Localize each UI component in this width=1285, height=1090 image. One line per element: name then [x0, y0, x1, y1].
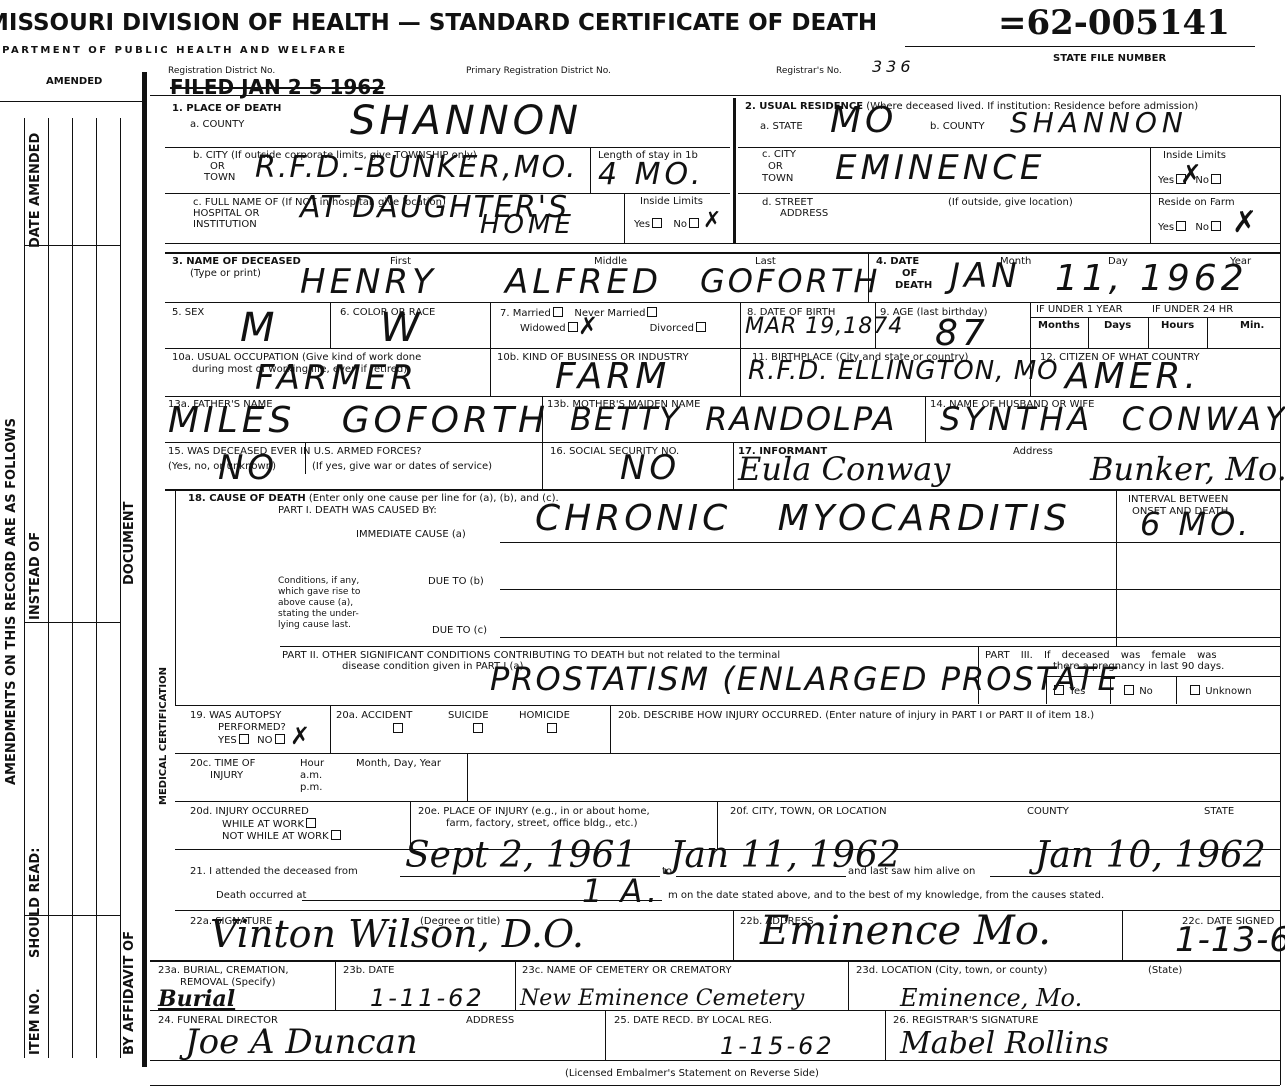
married-label: 7. Married — [500, 308, 551, 319]
burial-state-label: (State) — [1148, 965, 1182, 976]
physician-signature[interactable]: Vinton Wilson, D.O. — [210, 912, 584, 956]
suicide-checkbox[interactable] — [473, 723, 483, 733]
date-amended-label: DATE AMENDED — [28, 133, 43, 248]
state-file-number-label: STATE FILE NUMBER — [1053, 53, 1166, 64]
death-city[interactable]: R.F.D.-BUNKER,MO. — [255, 150, 578, 185]
part-1-label: PART I. DEATH WAS CAUSED BY: — [278, 505, 437, 516]
accident-label: 20a. ACCIDENT — [336, 710, 412, 721]
while-at-work-label: WHILE AT WORK — [222, 819, 304, 830]
race[interactable]: W — [380, 305, 424, 351]
mdy-label: Month, Day, Year — [356, 758, 441, 769]
registrar-no: 336 — [872, 57, 915, 76]
not-while-at-work-label: NOT WHILE AT WORK — [222, 831, 329, 842]
length-of-stay[interactable]: 4 MO. — [598, 157, 704, 192]
months-label: Months — [1038, 320, 1080, 331]
conditions-note-line: which gave rise to — [278, 587, 360, 598]
city-or: OR — [210, 161, 225, 172]
death-occurred-label: Death occurred at — [216, 890, 306, 901]
first-name[interactable]: HENRY — [300, 262, 437, 302]
time-of-injury-label-2: INJURY — [210, 770, 243, 781]
hospital-label-3: INSTITUTION — [193, 219, 257, 230]
by-affidavit-label: BY AFFIDAVIT OF — [122, 931, 137, 1055]
instead-of-label: INSTEAD OF — [28, 532, 43, 620]
name-note: (Type or print) — [190, 268, 261, 279]
accident-checkbox[interactable] — [393, 723, 403, 733]
name-label: 3. NAME OF DECEASED — [172, 256, 301, 267]
death-county[interactable]: SHANNON — [350, 98, 582, 144]
x-mark: ✗ — [703, 208, 721, 233]
res-street-label: d. STREET — [762, 197, 813, 208]
not-while-at-work: NOT WHILE AT WORK — [222, 830, 343, 842]
hour-label: Hour — [300, 758, 324, 769]
checkbox[interactable] — [1054, 685, 1064, 695]
amended-label: AMENDED — [46, 76, 102, 87]
reside-farm-label: Reside on Farm — [1158, 197, 1235, 208]
death-year[interactable]: 1962 — [1140, 258, 1248, 299]
res-county[interactable]: SHANNON — [1010, 106, 1188, 139]
certifier-address[interactable]: Eminence Mo. — [760, 908, 1051, 954]
registrar-signature-label: 26. REGISTRAR'S SIGNATURE — [893, 1015, 1038, 1026]
cemetery-name[interactable]: New Eminence Cemetery — [520, 986, 804, 1011]
interval-label: INTERVAL BETWEEN — [1128, 494, 1228, 505]
conditions-note-line: stating the under- — [278, 609, 360, 620]
x-mark: ✗ — [290, 722, 310, 750]
informant-address-label: Address — [1013, 446, 1053, 457]
homicide-label: HOMICIDE — [519, 710, 570, 721]
married-checkbox[interactable] — [553, 307, 563, 317]
armed-label-3: (If yes, give war or dates of service) — [312, 461, 492, 472]
last-name[interactable]: GOFORTH — [700, 262, 880, 300]
part-3-label: PART III. If deceased was female was — [985, 650, 1217, 661]
death-day[interactable]: 11, — [1055, 258, 1124, 299]
time-of-injury-label: 20c. TIME OF — [190, 758, 255, 769]
autopsy-label-2: PERFORMED? — [218, 722, 286, 733]
sex-label: 5. SEX — [172, 307, 204, 318]
conditions-note: Conditions, if any, which gave rise to a… — [278, 576, 360, 631]
citizen[interactable]: AMER. — [1065, 356, 1200, 397]
city-town: TOWN — [204, 172, 235, 183]
res-state[interactable]: MO — [830, 100, 897, 141]
checkbox[interactable] — [1190, 685, 1200, 695]
date-death-label-3: DEATH — [895, 280, 932, 291]
conditions-note-line: lying cause last. — [278, 620, 360, 631]
no-text: No — [1195, 222, 1209, 233]
autopsy-yes-checkbox[interactable] — [239, 734, 249, 744]
date-recd-label: 25. DATE RECD. BY LOCAL REG. — [614, 1015, 772, 1026]
last-saw-label: and last saw him alive on — [848, 866, 975, 877]
inside-limits-yes[interactable]: Yes No — [634, 218, 701, 230]
place-of-injury-label-2: farm, factory, street, office bldg., etc… — [446, 818, 637, 829]
under-year-label: IF UNDER 1 YEAR — [1036, 304, 1123, 315]
informant-address[interactable]: Bunker, Mo. — [1090, 450, 1285, 488]
cause-header: 18. CAUSE OF DEATH (Enter only one cause… — [188, 493, 559, 504]
pregnancy-yes[interactable]: Yes — [1052, 685, 1085, 697]
yes-text: Yes — [1158, 175, 1174, 186]
interval[interactable]: 6 MO. — [1140, 505, 1252, 543]
checkbox[interactable] — [652, 218, 662, 228]
injury-occurred-label: 20d. INJURY OCCURRED — [190, 806, 309, 817]
burial-date[interactable]: 1-11-62 — [370, 984, 485, 1012]
county-label: a. COUNTY — [190, 119, 244, 130]
widowed-checkbox[interactable] — [568, 322, 578, 332]
res-city-or: OR — [768, 161, 783, 172]
document-label: DOCUMENT — [122, 501, 137, 585]
homicide-checkbox[interactable] — [547, 723, 557, 733]
inside-limits-label: Inside Limits — [640, 196, 703, 207]
autopsy-no-label: NO — [257, 735, 272, 746]
not-while-at-work-checkbox[interactable] — [331, 830, 341, 840]
under-day-label: IF UNDER 24 HR — [1152, 304, 1233, 315]
while-at-work: WHILE AT WORK — [222, 818, 318, 830]
primary-registration-label: Primary Registration District No. — [466, 66, 611, 77]
res-city-label: c. CITY — [762, 149, 796, 160]
date-death-label-1: 4. DATE — [876, 256, 919, 267]
checkbox-checked[interactable] — [689, 218, 699, 228]
res-state-label: a. STATE — [760, 121, 803, 132]
item-no-label: ITEM NO. — [28, 988, 43, 1055]
hospital-label-2: HOSPITAL OR — [193, 208, 259, 219]
injury-state-label: STATE — [1204, 806, 1234, 817]
autopsy-no-checkbox[interactable] — [275, 734, 285, 744]
res-street-note: (If outside, give location) — [948, 197, 1073, 208]
yes-text: Yes — [1069, 686, 1085, 697]
attended-label: 21. I attended the deceased from — [190, 866, 358, 877]
suicide-label: SUICIDE — [448, 710, 489, 721]
spouse-name[interactable]: SYNTHA CONWAY — [940, 400, 1285, 438]
ssn[interactable]: NO — [620, 448, 680, 488]
conditions-note-line: above cause (a), — [278, 598, 360, 609]
age[interactable]: 87 — [935, 313, 989, 354]
last-saw-date[interactable]: Jan 10, 1962 — [1035, 835, 1266, 876]
mother-name[interactable]: BETTY RANDOLPA — [570, 400, 896, 438]
unknown-text: Unknown — [1205, 686, 1251, 697]
immediate-cause[interactable]: CHRONIC MYOCARDITIS — [535, 498, 1071, 539]
days-label: Days — [1104, 320, 1131, 331]
form-title: MISSOURI DIVISION OF HEALTH — STANDARD C… — [0, 10, 877, 36]
x-mark: ✗ — [578, 312, 598, 340]
res-county-label: b. COUNTY — [930, 121, 985, 132]
burial-location[interactable]: Eminence, Mo. — [900, 984, 1082, 1012]
autopsy-label: 19. WAS AUTOPSY — [190, 710, 281, 721]
divorced-label: Divorced — [650, 323, 694, 334]
x-mark: ✗ — [1232, 205, 1257, 240]
widowed-label: Widowed — [520, 323, 566, 334]
funeral-director[interactable]: Joe A Duncan — [185, 1022, 418, 1062]
place-of-injury-label: 20e. PLACE OF INJURY (e.g., in or about … — [418, 806, 650, 817]
hospital-name-2[interactable]: HOME — [480, 210, 575, 240]
medical-certification-label: MEDICAL CERTIFICATION — [158, 667, 169, 805]
describe-injury-label: 20b. DESCRIBE HOW INJURY OCCURRED. (Ente… — [618, 710, 1094, 721]
res-city[interactable]: EMINENCE — [835, 148, 1045, 188]
sex[interactable]: M — [240, 305, 279, 351]
armed-forces[interactable]: NO — [218, 448, 278, 488]
min-label: Min. — [1240, 320, 1264, 331]
checkbox[interactable] — [1124, 685, 1134, 695]
place-of-death-label: 1. PLACE OF DEATH — [172, 103, 281, 114]
armed-label: 15. WAS DECEASED EVER IN U.S. ARMED FORC… — [168, 446, 422, 457]
death-time[interactable]: 1 A. — [582, 872, 661, 910]
no-text: No — [1139, 686, 1153, 697]
checkbox-checked[interactable] — [1211, 221, 1221, 231]
date-signed[interactable]: 1-13-62 — [1175, 920, 1285, 960]
pregnancy-unknown[interactable]: Unknown — [1188, 685, 1252, 697]
checkbox[interactable] — [1176, 221, 1186, 231]
date-death-label-2: OF — [902, 268, 917, 279]
marital-row-2: WidowedDivorced — [520, 322, 708, 334]
amendments-heading: AMENDMENTS ON THIS RECORD ARE AS FOLLOWS — [4, 418, 19, 785]
yes-text: Yes — [634, 219, 650, 230]
burial-location-label: 23d. LOCATION (City, town, or county) — [856, 965, 1047, 976]
burial-type[interactable]: Burial — [158, 986, 235, 1012]
while-at-work-checkbox[interactable] — [306, 818, 316, 828]
injury-county-label: COUNTY — [1027, 806, 1069, 817]
industry[interactable]: FARM — [555, 356, 670, 397]
birthplace[interactable]: R.F.D. ELLINGTON, MO — [748, 356, 1059, 386]
autopsy-yes-label: YES — [218, 735, 237, 746]
checkbox[interactable] — [1211, 174, 1221, 184]
autopsy-options: YES NO — [218, 734, 287, 746]
state-file-number: =62-005141 — [998, 3, 1230, 43]
res-street-label-2: ADDRESS — [780, 208, 828, 219]
due-to-c-label: DUE TO (c) — [432, 625, 487, 636]
death-occurred-tail: m on the date stated above, and to the b… — [668, 890, 1104, 901]
registrar-no-label: Registrar's No. — [776, 66, 842, 77]
date-recd[interactable]: 1-15-62 — [720, 1032, 835, 1060]
due-to-b-label: DUE TO (b) — [428, 576, 484, 587]
should-read-label: SHOULD READ: — [28, 848, 43, 958]
reside-farm[interactable]: Yes No — [1158, 221, 1223, 233]
death-month[interactable]: JAN — [950, 256, 1021, 296]
burial-label: 23a. BURIAL, CREMATION, — [158, 965, 289, 976]
never-married-checkbox[interactable] — [647, 307, 657, 317]
other-conditions[interactable]: PROSTATISM (ENLARGED PROSTATE — [490, 660, 1120, 698]
registrar-signature[interactable]: Mabel Rollins — [900, 1026, 1109, 1061]
footer-note: (Licensed Embalmer's Statement on Revers… — [565, 1068, 819, 1079]
immediate-cause-label: IMMEDIATE CAUSE (a) — [356, 529, 466, 540]
injury-city-label: 20f. CITY, TOWN, OR LOCATION — [730, 806, 887, 817]
pregnancy-no[interactable]: No — [1122, 685, 1153, 697]
father-name[interactable]: MILES GOFORTH — [168, 400, 549, 441]
cause-note: (Enter only one cause per line for (a), … — [309, 493, 559, 504]
burial-date-label: 23b. DATE — [343, 965, 394, 976]
cemetery-label: 23c. NAME OF CEMETERY OR CREMATORY — [522, 965, 731, 976]
hours-label: Hours — [1161, 320, 1194, 331]
informant-name[interactable]: Eula Conway — [738, 450, 950, 488]
divorced-checkbox[interactable] — [696, 322, 706, 332]
department-subtitle: DEPARTMENT OF PUBLIC HEALTH AND WELFARE — [0, 45, 348, 56]
conditions-note-line: Conditions, if any, — [278, 576, 360, 587]
res-city-town: TOWN — [762, 173, 793, 184]
yes-text: Yes — [1158, 222, 1174, 233]
funeral-address-label: ADDRESS — [466, 1015, 514, 1026]
x-mark: ✗ — [1180, 160, 1202, 190]
middle-name[interactable]: ALFRED — [505, 262, 662, 302]
pm-label: p.m. — [300, 782, 322, 793]
part-3-label-2: there a pregnancy in last 90 days. — [1053, 661, 1224, 672]
occupation[interactable]: FARMER — [255, 358, 418, 398]
no-text: No — [673, 219, 687, 230]
am-label: a.m. — [300, 770, 322, 781]
cause-label: 18. CAUSE OF DEATH — [188, 493, 306, 504]
attended-from[interactable]: Sept 2, 1961 — [405, 835, 637, 876]
